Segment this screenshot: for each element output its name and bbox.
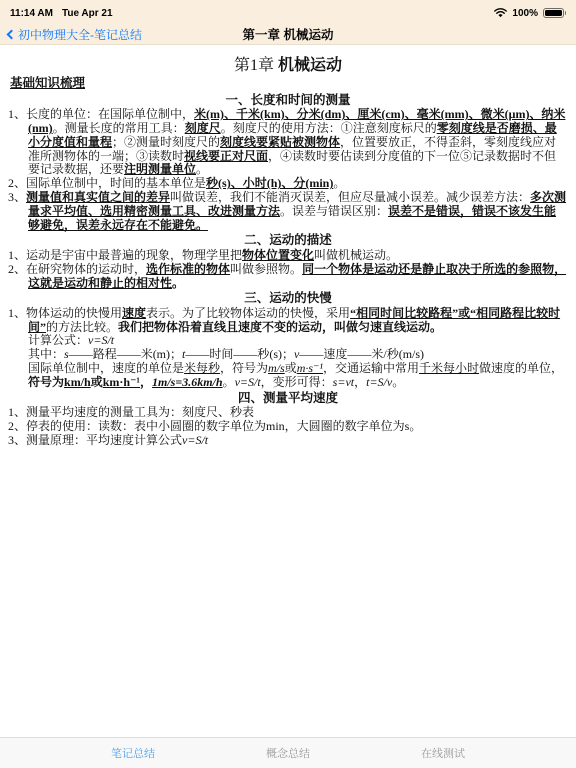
- battery-icon: [543, 8, 566, 18]
- status-time: 11:14 AM: [10, 8, 53, 19]
- tab-bar: 笔记总结概念总结在线测试: [0, 737, 576, 768]
- section-heading: 二、运动的描述: [8, 233, 568, 248]
- doc-body: 一、长度和时间的测量1、长度的单位：在国际单位制中，米(m)、千米(km)、分米…: [0, 93, 576, 448]
- item-number: 1、: [8, 306, 26, 320]
- item-number: 3、: [8, 190, 26, 204]
- doc-paragraph: 3、测量原理：平均速度计算公式v=S/t: [8, 434, 568, 448]
- back-button[interactable]: 初中物理大全-笔记总结: [8, 23, 142, 45]
- doc-paragraph: 2、停表的使用：读数：表中小圆圈的数字单位为min，大圆圈的数字单位为s。: [8, 420, 568, 434]
- item-number: 2、: [8, 419, 26, 433]
- item-number: 1、: [8, 107, 26, 121]
- doc-paragraph: 其中：s——路程——米(m)；t——时间——秒(s)；v——速度——米/秒(m/…: [8, 348, 568, 362]
- item-number: 2、: [8, 262, 26, 276]
- battery-percent: 100%: [512, 8, 538, 19]
- doc-paragraph: 1、运动是宇宙中最普遍的现象，物理学里把物体位置变化叫做机械运动。: [8, 249, 568, 263]
- doc-subtitle: 基础知识梳理: [10, 77, 85, 91]
- back-label: 初中物理大全-笔记总结: [18, 26, 142, 43]
- doc-title-prefix: 第1章: [234, 57, 274, 74]
- doc-title-main: 机械运动: [278, 57, 342, 74]
- section-heading: 一、长度和时间的测量: [8, 93, 568, 108]
- doc-paragraph: 1、物体运动的快慢用速度表示。为了比较物体运动的快慢，采用“相同时间比较路程”或…: [8, 307, 568, 335]
- item-number: 1、: [8, 248, 26, 262]
- document-scroll-area[interactable]: 第1章机械运动 基础知识梳理 一、长度和时间的测量1、长度的单位：在国际单位制中…: [0, 45, 576, 737]
- status-date: Tue Apr 21: [62, 8, 113, 19]
- doc-paragraph: 2、国际单位制中，时间的基本单位是秒(s)、小时(h)、分(min)。: [8, 177, 568, 191]
- doc-paragraph: 1、测量平均速度的测量工具为：刻度尺、秒表: [8, 406, 568, 420]
- doc-paragraph: 2、在研究物体的运动时，选作标准的物体叫做参照物。同一个物体是运动还是静止取决于…: [8, 263, 568, 291]
- wifi-icon: [494, 8, 507, 18]
- doc-paragraph: 符号为km/h或km·h⁻¹，1m/s=3.6km/h。v=S/t，变形可得：s…: [8, 376, 568, 390]
- doc-paragraph: 3、测量值和真实值之间的差异叫做误差，我们不能消灭误差，但应尽量减小误差。减少误…: [8, 191, 568, 232]
- doc-title: 第1章机械运动: [0, 56, 576, 75]
- item-number: 2、: [8, 176, 26, 190]
- status-bar: 11:14 AM Tue Apr 21 100%: [0, 0, 576, 23]
- item-number: 1、: [8, 405, 26, 419]
- doc-paragraph: 1、长度的单位：在国际单位制中，米(m)、千米(km)、分米(dm)、厘米(cm…: [8, 108, 568, 177]
- tab-concept-summary[interactable]: 概念总结: [266, 745, 310, 761]
- nav-bar: 初中物理大全-笔记总结 第一章 机械运动: [0, 23, 576, 45]
- item-number: 3、: [8, 433, 26, 447]
- section-heading: 四、测量平均速度: [8, 391, 568, 406]
- doc-paragraph: 国际单位制中，速度的单位是米每秒，符号为m/s或m·s⁻¹，交通运输中常用千米每…: [8, 362, 568, 376]
- section-heading: 三、运动的快慢: [8, 291, 568, 306]
- nav-title: 第一章 机械运动: [243, 25, 334, 43]
- tab-online-test[interactable]: 在线测试: [421, 745, 465, 761]
- tab-notes-summary[interactable]: 笔记总结: [111, 745, 155, 761]
- header: 11:14 AM Tue Apr 21 100% 初中物理大全-笔记总结 第一章…: [0, 0, 576, 45]
- chevron-left-icon: [7, 29, 17, 39]
